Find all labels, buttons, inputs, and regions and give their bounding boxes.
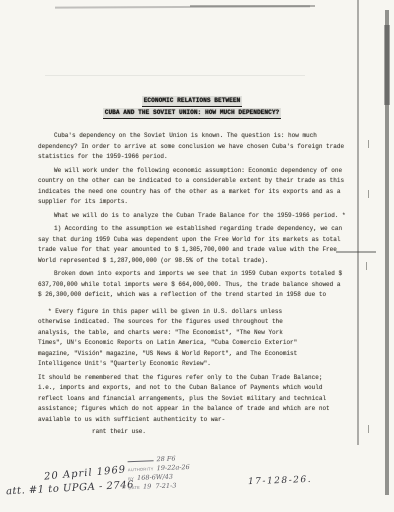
document-title-line1: ECONOMIC RELATIONS BETWEEN bbox=[142, 96, 243, 107]
document-title-line2: CUBA AND THE SOVIET UNION: HOW MUCH DEPE… bbox=[103, 108, 282, 119]
scanned-document-page: ECONOMIC RELATIONS BETWEEN CUBA AND THE … bbox=[0, 0, 394, 512]
stamp-line-3-label: BY bbox=[128, 476, 134, 481]
document-title: ECONOMIC RELATIONS BETWEEN CUBA AND THE … bbox=[38, 96, 346, 119]
scan-streak-top2 bbox=[190, 5, 315, 7]
scan-streak-faint bbox=[45, 75, 305, 76]
paragraph-2: We will work under the following economi… bbox=[38, 166, 346, 208]
paragraph-4: 1) According to the assumption we establ… bbox=[38, 224, 346, 266]
stamp-line-2-value: 19-22a-26 bbox=[157, 463, 190, 472]
scan-vertical-line bbox=[357, 0, 359, 445]
handwritten-file-number: 17-128-26. bbox=[248, 475, 312, 487]
footnote-block: * Every figure in this paper will be giv… bbox=[38, 307, 346, 438]
margin-tick-1 bbox=[368, 140, 369, 148]
stamp-line-3-value: 168-6W/43 bbox=[137, 473, 173, 482]
footnote-paragraph-1: * Every figure in this paper will be giv… bbox=[38, 307, 306, 370]
stamp-line-1-value: 28 F6 bbox=[156, 455, 175, 464]
paragraph-1: Cuba's dependency on the Soviet Union is… bbox=[38, 131, 346, 163]
declassification-stamp: 28 F6 AUTHORITY19-22a-26 BY168-6W/43 DAT… bbox=[127, 452, 254, 492]
margin-tick-2 bbox=[368, 190, 369, 198]
stamp-blank-line bbox=[127, 455, 153, 462]
typed-document-body: ECONOMIC RELATIONS BETWEEN CUBA AND THE … bbox=[38, 96, 346, 440]
paragraph-3: What we will do is to analyze the Cuban … bbox=[38, 211, 346, 222]
footnote-paragraph-3: rant their use. bbox=[92, 427, 388, 438]
margin-tick-3 bbox=[366, 262, 367, 270]
stamp-line-2-label: AUTHORITY bbox=[128, 466, 154, 472]
handwritten-reference: att. #1 to UPGA - 2746 bbox=[6, 480, 134, 498]
footnote-paragraph-2: It should be remembered that the figures… bbox=[38, 373, 334, 426]
scan-edge-bar-dark bbox=[384, 25, 390, 105]
stamp-line-4-label: DATE bbox=[128, 485, 140, 490]
paragraph-5: Broken down into exports and imports we … bbox=[38, 269, 346, 301]
stamp-line-4-value: 19 7-21-3 bbox=[143, 482, 177, 491]
